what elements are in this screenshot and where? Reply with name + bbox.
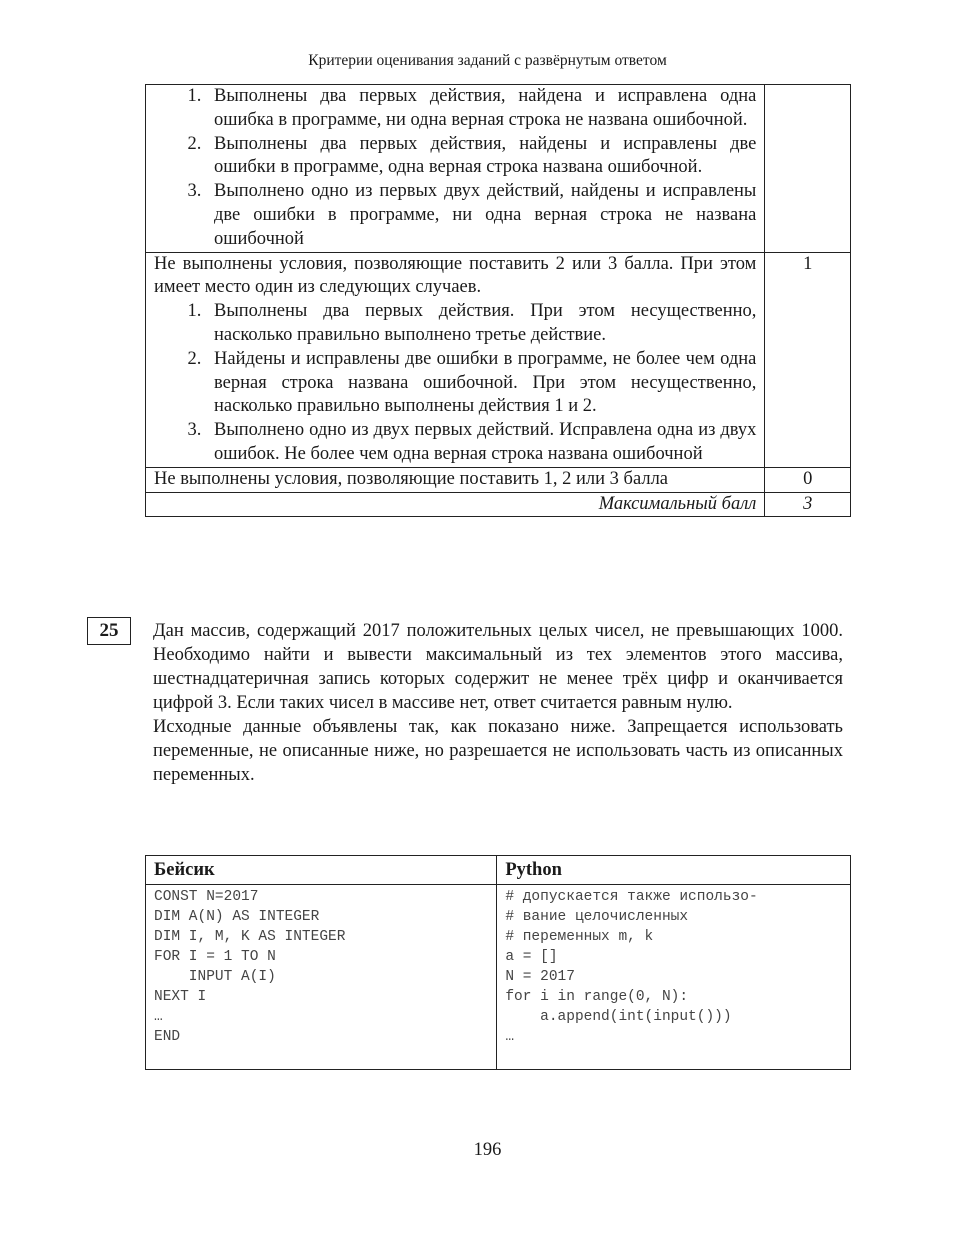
criteria-item: Выполнены два первых действия, найдены и… — [206, 133, 756, 181]
criteria-description: Выполнены два первых действия, найдена и… — [146, 85, 765, 253]
criteria-row-0-points: Не выполнены условия, позволяющие постав… — [146, 467, 851, 492]
criteria-item: Найдены и исправлены две ошибки в програ… — [206, 348, 756, 419]
page-number: 196 — [0, 1140, 975, 1161]
max-score-label: Максимальный балл — [146, 492, 765, 517]
code-table: Бейсик Python CONST N=2017 DIM A(N) AS I… — [145, 855, 851, 1070]
criteria-item: Выполнены два первых действия. При этом … — [206, 300, 756, 348]
basic-code: CONST N=2017 DIM A(N) AS INTEGER DIM I, … — [154, 885, 488, 1047]
basic-header: Бейсик — [146, 856, 497, 885]
criteria-description: Не выполнены условия, позволяющие постав… — [146, 252, 765, 467]
criteria-description: Не выполнены условия, позволяющие постав… — [146, 467, 765, 492]
running-header: Критерии оценивания заданий с развёрнуты… — [0, 52, 975, 70]
task-number-box: 25 — [87, 617, 131, 645]
criteria-score: 1 — [765, 252, 851, 467]
code-table-header-row: Бейсик Python — [146, 856, 851, 885]
task-statement: Дан массив, содержащий 2017 положительны… — [153, 619, 843, 787]
criteria-list: Выполнены два первых действия, найдена и… — [154, 85, 756, 252]
criteria-item: Выполнены два первых действия, найдена и… — [206, 85, 756, 133]
criteria-row-2-points: Выполнены два первых действия, найдена и… — [146, 85, 851, 253]
criteria-row-1-point: Не выполнены условия, позволяющие постав… — [146, 252, 851, 467]
criteria-score — [765, 85, 851, 253]
python-code-cell: # допускается также использо- # вание це… — [497, 885, 851, 1070]
criteria-intro: Не выполнены условия, позволяющие постав… — [154, 253, 756, 301]
criteria-table: Выполнены два первых действия, найдена и… — [145, 84, 851, 517]
criteria-list: Выполнены два первых действия. При этом … — [154, 300, 756, 467]
criteria-item: Выполнено одно из первых двух действий, … — [206, 180, 756, 251]
criteria-row-max: Максимальный балл 3 — [146, 492, 851, 517]
python-header: Python — [497, 856, 851, 885]
criteria-item: Выполнено одно из двух первых действий. … — [206, 419, 756, 467]
task-paragraph: Дан массив, содержащий 2017 положительны… — [153, 619, 843, 715]
criteria-score: 0 — [765, 467, 851, 492]
code-table-body-row: CONST N=2017 DIM A(N) AS INTEGER DIM I, … — [146, 885, 851, 1070]
python-code: # допускается также использо- # вание це… — [505, 885, 842, 1047]
basic-code-cell: CONST N=2017 DIM A(N) AS INTEGER DIM I, … — [146, 885, 497, 1070]
task-paragraph: Исходные данные объявлены так, как показ… — [153, 715, 843, 787]
max-score-value: 3 — [765, 492, 851, 517]
